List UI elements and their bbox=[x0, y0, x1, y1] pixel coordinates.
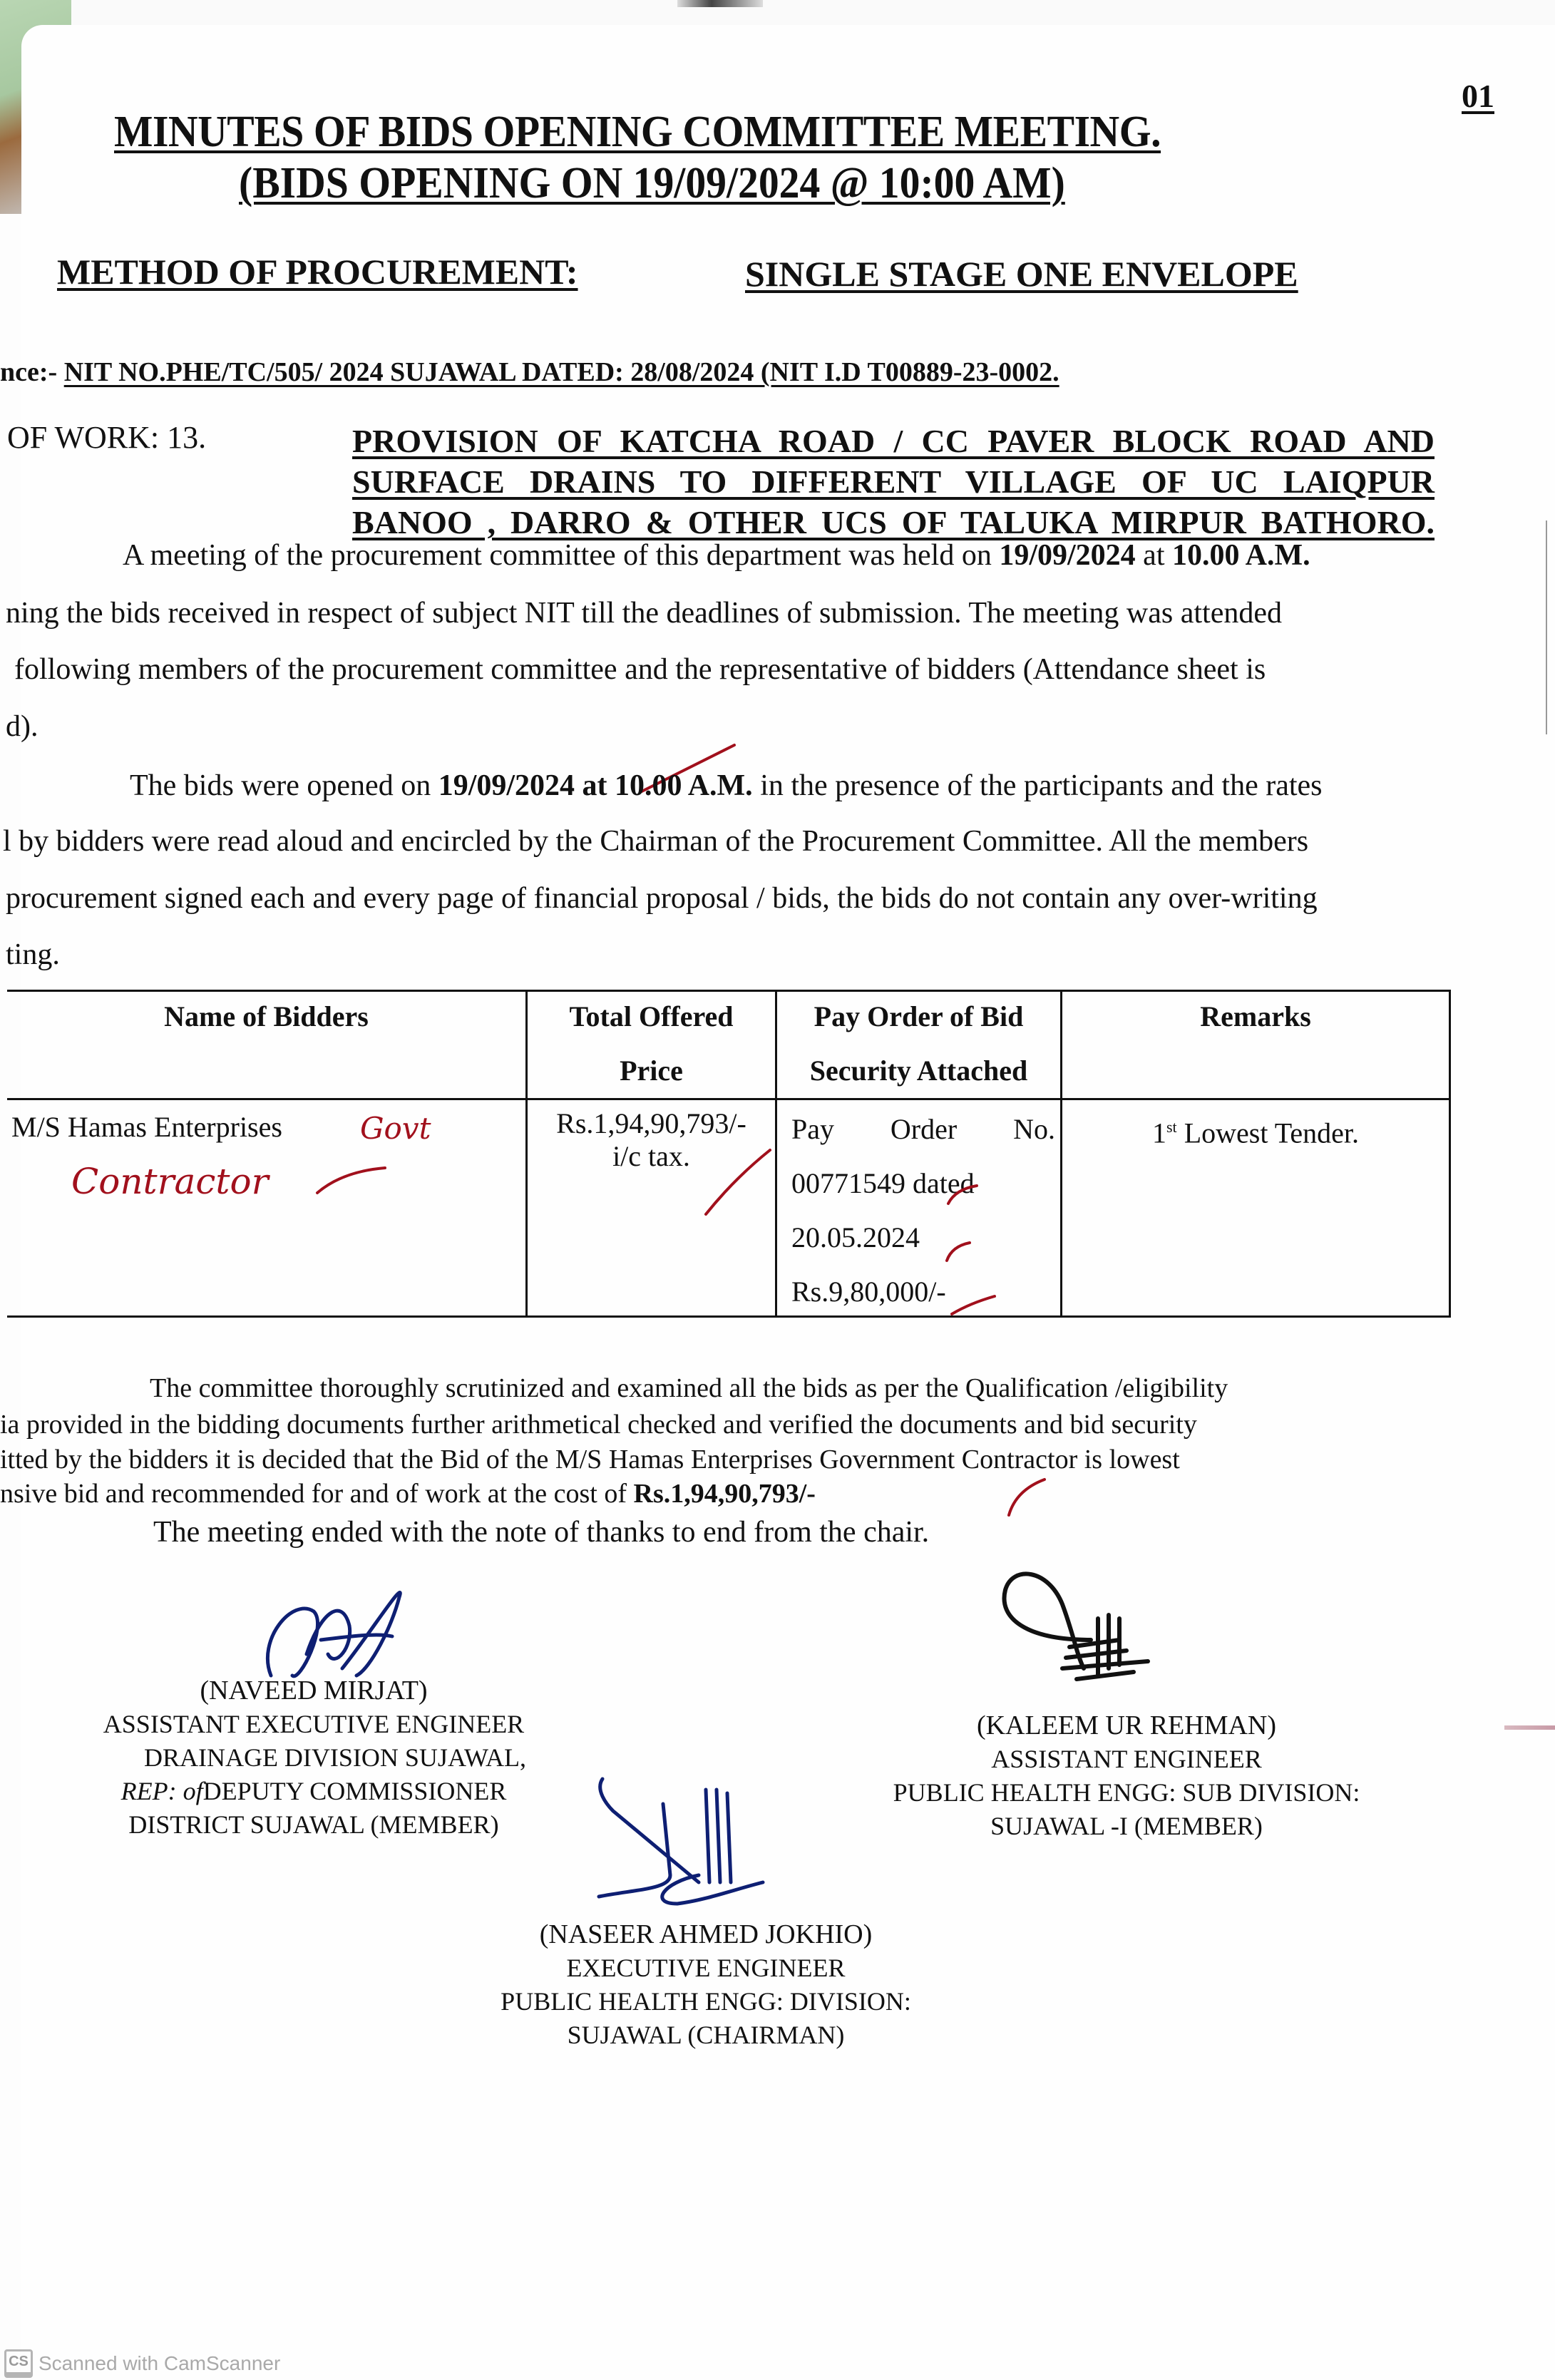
meeting-date: 19/09/2024 bbox=[999, 539, 1135, 572]
signatory-role: SUJAWAL -I (MEMBER) bbox=[856, 1810, 1397, 1843]
work-label: OF WORK: 13. bbox=[7, 419, 206, 456]
signatory-role: SUJAWAL (CHAIRMAN) bbox=[442, 2019, 970, 2052]
signatory-rep: REP: ofDEPUTY COMMISSIONER bbox=[71, 1775, 556, 1808]
text: The bids were opened on bbox=[130, 769, 438, 802]
camscanner-watermark: CS Scanned with CamScanner bbox=[4, 2353, 280, 2374]
word: No. bbox=[1013, 1102, 1055, 1156]
signatory-naveed: (NAVEED MIRJAT) ASSISTANT EXECUTIVE ENGI… bbox=[71, 1674, 556, 1842]
signatory-name: (NASEER AHMED JOKHIO) bbox=[442, 1918, 970, 1951]
price-amount: Rs.1,94,90,793/- bbox=[528, 1107, 775, 1140]
signatory-dept: PUBLIC HEALTH ENGG: DIVISION: bbox=[442, 1985, 970, 2019]
header-pay-order: Pay Order of Bid Security Attached bbox=[777, 990, 1060, 1098]
pay-order-line: Rs.9,80,000/- bbox=[791, 1265, 1055, 1319]
page-subtitle: (BIDS OPENING ON 19/09/2024 @ 10:00 AM) bbox=[239, 158, 1065, 209]
red-tick-marks bbox=[934, 1168, 1005, 1332]
bidder-name: M/S Hamas Enterprises bbox=[11, 1100, 282, 1154]
red-tick-mark bbox=[1002, 1476, 1052, 1519]
scan-edge-mark bbox=[1504, 1725, 1555, 1730]
method-value: SINGLE STAGE ONE ENVELOPE bbox=[745, 253, 1298, 294]
signatory-title: EXECUTIVE ENGINEER bbox=[442, 1951, 970, 1985]
handwritten-contractor: Contractor bbox=[71, 1161, 268, 1202]
signatory-title: ASSISTANT EXECUTIVE ENGINEER bbox=[71, 1708, 556, 1741]
header-bidder: Name of Bidders bbox=[7, 990, 525, 1044]
text: at bbox=[1136, 539, 1172, 572]
opening-datetime: 19/09/2024 at 10.00 A.M. bbox=[438, 769, 753, 802]
meeting-time: 10.00 A.M. bbox=[1172, 539, 1310, 572]
recommended-amount: Rs.1,94,90,793/- bbox=[634, 1479, 816, 1509]
rank: 1 bbox=[1152, 1117, 1166, 1149]
paragraph3-line: ia provided in the bidding documents fur… bbox=[0, 1409, 1197, 1440]
header-price: Total Offered Price bbox=[528, 990, 775, 1098]
header-line: Security Attached bbox=[777, 1044, 1060, 1098]
header-line: Pay Order of Bid bbox=[777, 990, 1060, 1044]
paragraph1-line: d). bbox=[6, 709, 39, 744]
handwritten-govt: Govt bbox=[360, 1111, 431, 1146]
work-desc-line: SURFACE DRAINS TO DIFFERENT VILLAGE OF U… bbox=[352, 461, 1435, 502]
remarks-cell: 1st Lowest Tender. bbox=[1062, 1100, 1449, 1160]
closing-line: The meeting ended with the note of thank… bbox=[153, 1515, 929, 1549]
page-number: 01 bbox=[1462, 77, 1494, 115]
paragraph1-line: following members of the procurement com… bbox=[14, 652, 1266, 687]
watermark-text: Scanned with CamScanner bbox=[39, 2352, 280, 2375]
paragraph2-line: The bids were opened on 19/09/2024 at 10… bbox=[130, 769, 1323, 803]
word: Order bbox=[891, 1102, 957, 1156]
table-border bbox=[1449, 990, 1451, 1318]
pay-order-line: PayOrderNo. bbox=[791, 1102, 1055, 1156]
paragraph2-line: procurement signed each and every page o… bbox=[6, 881, 1318, 915]
page-title: MINUTES OF BIDS OPENING COMMITTEE MEETIN… bbox=[114, 107, 1161, 158]
rep-prefix: REP: of bbox=[121, 1777, 203, 1805]
signatory-dept: DRAINAGE DIVISION SUJAWAL, bbox=[71, 1741, 556, 1775]
method-label: METHOD OF PROCUREMENT: bbox=[57, 251, 578, 292]
red-tick-mark bbox=[314, 1161, 399, 1204]
scanned-page: 01 MINUTES OF BIDS OPENING COMMITTEE MEE… bbox=[0, 0, 1555, 2380]
scan-edge-line bbox=[1546, 520, 1547, 734]
work-desc-line: BANOO , DARRO & OTHER UCS OF TALUKA MIRP… bbox=[352, 502, 1435, 543]
scan-smudge bbox=[677, 0, 763, 7]
signatory-naseer: (NASEER AHMED JOKHIO) EXECUTIVE ENGINEER… bbox=[442, 1918, 970, 2052]
rank-suffix: st bbox=[1166, 1118, 1177, 1136]
paragraph3-line: The committee thoroughly scrutinized and… bbox=[150, 1373, 1228, 1404]
signature-naseer bbox=[592, 1775, 806, 1918]
bids-table: Name of Bidders Total Offered Price Pay … bbox=[7, 990, 1451, 1318]
rep-text: DEPUTY COMMISSIONER bbox=[203, 1777, 507, 1805]
paragraph2-line: l by bidders were read aloud and encircl… bbox=[3, 824, 1308, 858]
header-line: Price bbox=[528, 1044, 775, 1098]
reference-line: nce:- NIT NO.PHE/TC/505/ 2024 SUJAWAL DA… bbox=[0, 357, 1059, 388]
remarks-text: Lowest Tender. bbox=[1177, 1117, 1359, 1149]
work-desc-line: PROVISION OF KATCHA ROAD / CC PAVER BLOC… bbox=[352, 421, 1435, 461]
reference-prefix: nce:- bbox=[0, 357, 64, 387]
signature-kaleem bbox=[984, 1561, 1169, 1697]
scan-top-edge bbox=[0, 0, 1555, 29]
text: A meeting of the procurement committee o… bbox=[123, 539, 999, 572]
signatory-title: ASSISTANT ENGINEER bbox=[856, 1743, 1397, 1776]
work-description: PROVISION OF KATCHA ROAD / CC PAVER BLOC… bbox=[352, 421, 1435, 543]
paragraph3-line: nsive bid and recommended for and of wor… bbox=[0, 1478, 816, 1509]
pay-order-line: 20.05.2024 bbox=[791, 1211, 1055, 1265]
camscanner-logo-icon: CS bbox=[4, 2349, 33, 2378]
pay-order-line: 00771549 dated bbox=[791, 1156, 1055, 1211]
red-tick-mark bbox=[692, 1143, 777, 1221]
signatory-dept: PUBLIC HEALTH ENGG: SUB DIVISION: bbox=[856, 1776, 1397, 1810]
signatory-role: DISTRICT SUJAWAL (MEMBER) bbox=[71, 1808, 556, 1842]
reference-text: NIT NO.PHE/TC/505/ 2024 SUJAWAL DATED: 2… bbox=[64, 357, 1059, 387]
text: nsive bid and recommended for and of wor… bbox=[0, 1479, 634, 1509]
paragraph1-line: ning the bids received in respect of sub… bbox=[6, 596, 1282, 630]
header-line: Total Offered bbox=[528, 990, 775, 1044]
text: in the presence of the participants and … bbox=[753, 769, 1323, 802]
signatory-kaleem: (KALEEM UR REHMAN) ASSISTANT ENGINEER PU… bbox=[856, 1709, 1397, 1843]
paragraph2-line: ting. bbox=[6, 938, 60, 972]
word: Pay bbox=[791, 1102, 834, 1156]
pay-order-details: PayOrderNo. 00771549 dated 20.05.2024 Rs… bbox=[791, 1102, 1055, 1319]
paragraph3-line: itted by the bidders it is decided that … bbox=[0, 1444, 1180, 1475]
signatory-name: (KALEEM UR REHMAN) bbox=[856, 1709, 1397, 1743]
table-border bbox=[7, 1315, 1451, 1318]
signatory-name: (NAVEED MIRJAT) bbox=[71, 1674, 556, 1708]
header-remarks: Remarks bbox=[1062, 990, 1449, 1044]
paragraph1-line: A meeting of the procurement committee o… bbox=[123, 538, 1310, 573]
